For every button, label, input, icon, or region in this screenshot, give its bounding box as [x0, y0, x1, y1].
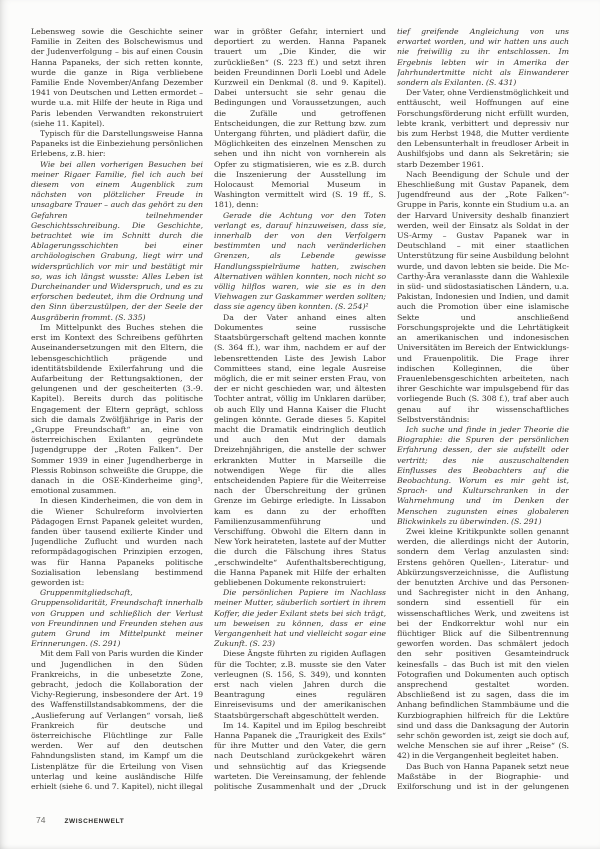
body-paragraph: Typisch für die Darstellungsweise Hanna … [31, 129, 203, 160]
body-paragraph: Der Vater, ohne Verdienstmöglichkeit und… [397, 88, 569, 170]
text-column-3: tief greifende Angleichung von uns erwar… [397, 27, 569, 793]
body-paragraph: Im 14. Kapitel und im Epilog beschreibt … [214, 721, 386, 793]
body-paragraph: In diesen Kinderheimen, die von dem in d… [31, 496, 203, 588]
text-column-2: war in größter Gefahr, interniert und de… [214, 27, 386, 793]
quote-paragraph: Wie bei allen vorherigen Besuchen bei me… [31, 160, 203, 323]
quote-paragraph: Gruppenmitgliedschaft, Gruppensolidaritä… [31, 588, 203, 649]
body-paragraph: Zwei kleine Kritikpunkte sollen genannt … [397, 527, 569, 762]
body-paragraph: Da der Vater anhand eines alten Dokument… [214, 313, 386, 588]
body-paragraph: Nach Beendigung der Schule und der Ehesc… [397, 170, 569, 425]
quote-paragraph: Ich suche und finde in jeder Theorie die… [397, 425, 569, 527]
page-footer: 74 ZWISCHENWELT [36, 815, 124, 825]
text-column-1: Lebensweg sowie die Geschichte seiner Fa… [31, 27, 203, 793]
journal-name: ZWISCHENWELT [64, 818, 124, 825]
body-paragraph: Mit dem Fall von Paris wurden die Kinder… [31, 649, 203, 793]
body-paragraph: Diese Ängste führten zu rigiden Auflagen… [214, 649, 386, 720]
text-columns: Lebensweg sowie die Geschichte seiner Fa… [31, 27, 569, 793]
journal-page: Lebensweg sowie die Geschichte seiner Fa… [0, 0, 600, 849]
body-paragraph: Das Buch von Hanna Papanek setzt neue Ma… [397, 762, 569, 793]
quote-paragraph: Die persönlichen Papiere im Nachlass mei… [214, 588, 386, 649]
body-paragraph: Lebensweg sowie die Geschichte seiner Fa… [31, 27, 203, 129]
body-paragraph: Im Mittelpunkt des Buches stehen die ers… [31, 323, 203, 496]
page-number: 74 [36, 815, 45, 825]
quote-paragraph: Gerade die Achtung vor den Toten verlang… [214, 211, 386, 313]
quote-paragraph: tief greifende Angleichung von uns erwar… [397, 27, 569, 88]
body-paragraph: war in größter Gefahr, interniert und de… [214, 27, 386, 211]
